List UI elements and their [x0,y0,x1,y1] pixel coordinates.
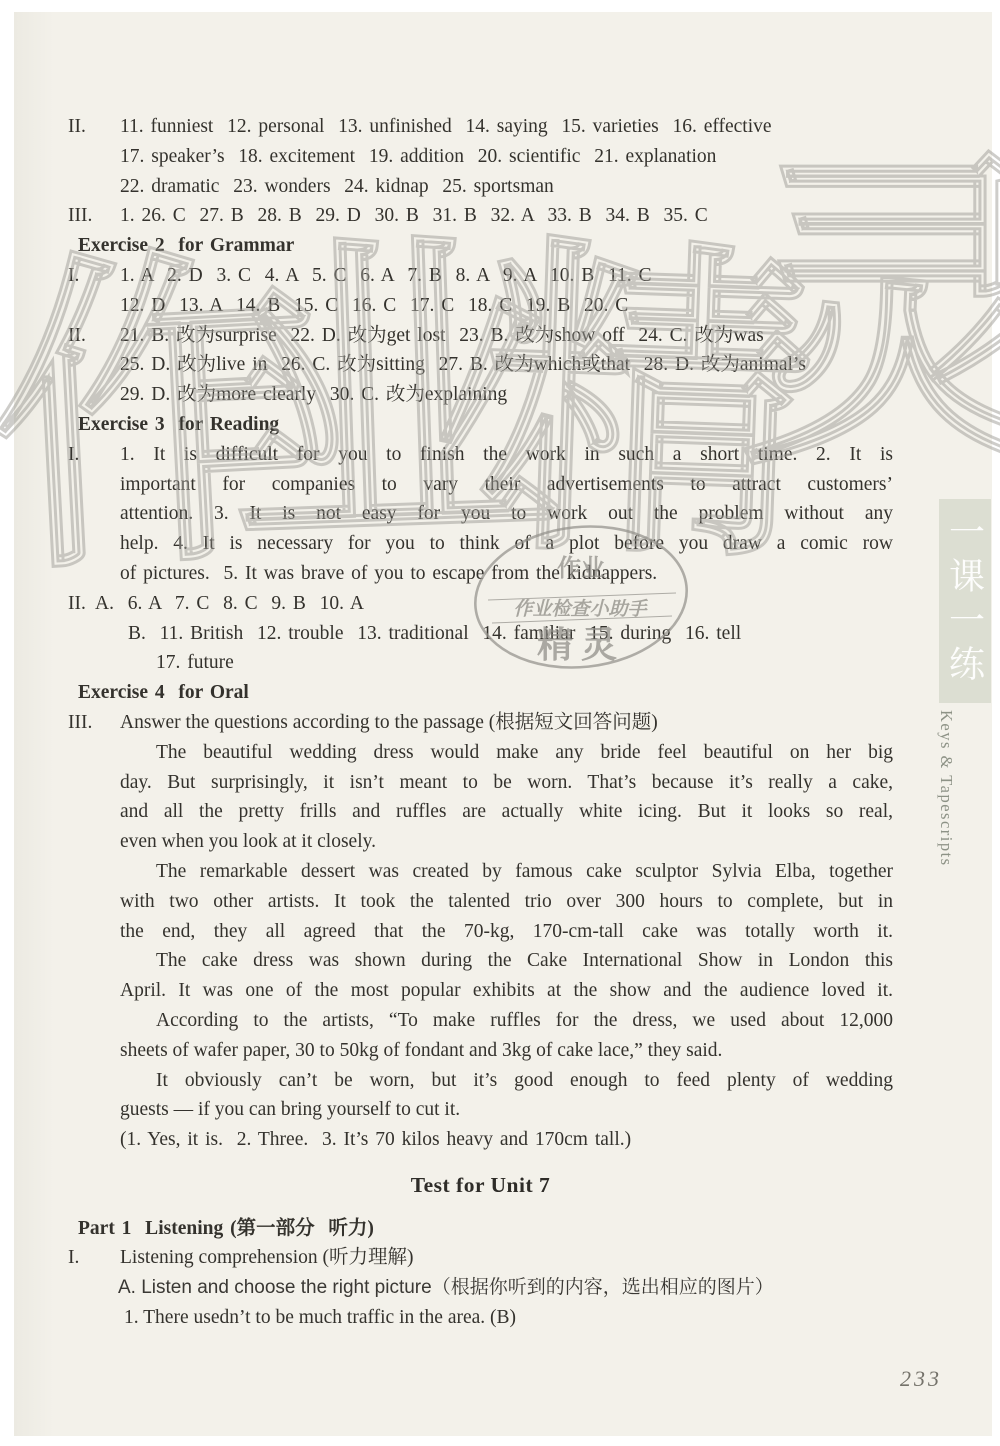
exercise-2-heading: Exercise 2 for Grammar [78,231,893,261]
text-line: B. 11. British 12. trouble 13. tradition… [128,619,893,649]
text-line: The remarkable dessert was created by fa… [120,857,893,887]
text-line: sheets of wafer paper, 30 to 50kg of fon… [120,1036,893,1066]
text-line: The cake dress was shown during the Cake… [120,946,893,976]
text-line: A. Listen and choose the right picture（根… [118,1273,893,1303]
list-marker: I. [68,440,79,470]
page-number: 233 [900,1366,942,1392]
text-line: 12. D 13. A 14. B 15. C 16. C 17. C 18. … [120,291,893,321]
exercise-4-heading: Exercise 4 for Oral [78,678,893,708]
text-line: Listening comprehension (听力理解)I. [120,1243,893,1273]
text-line: 1. There usedn’t to be much traffic in t… [124,1303,893,1333]
scanned-workbook-page: { "page": { "background": "#f3f1ea", "pa… [0,0,1000,1446]
text-line: day. But surprisingly, it isn’t meant to… [120,768,893,798]
side-tab-label: 一课一练 [940,513,991,689]
text-line: Answer the questions according to the pa… [120,708,893,738]
text-line: The beautiful wedding dress would make a… [120,738,893,768]
text-line: According to the artists, “To make ruffl… [120,1006,893,1036]
paper-left-shade [14,12,54,1436]
text-line: It obviously can’t be worn, but it’s goo… [120,1066,893,1096]
text-line: important for companies to vary their ad… [120,470,893,500]
text-line: 17. future [156,648,893,678]
list-marker: II. [68,112,86,142]
text-line: 1. 26. C 27. B 28. B 29. D 30. B 31. B 3… [120,201,893,231]
text-line: and all the pretty frills and ruffles ar… [120,797,893,827]
list-marker: III. [68,201,92,231]
list-marker: III. [68,708,92,738]
text-line: of pictures. 5. It was brave of you to e… [120,559,893,589]
text-line: even when you look at it closely. [120,827,893,857]
test-unit-7-heading: Test for Unit 7 [68,1171,893,1201]
text-line: 29. D. 改为more clearly 30. C. 改为explainin… [120,380,893,410]
part-1-heading: Part 1 Listening (第一部分 听力) [78,1214,893,1244]
text-line: 25. D. 改为live in 26. C. 改为sitting 27. B.… [120,350,893,380]
side-tab-caption: Keys & Tapescripts [936,710,956,930]
text-line: A. 6. A 7. C 8. C 9. B 10. AII. [95,589,893,619]
text-line: 17. speaker’s 18. excitement 19. additio… [120,142,893,172]
list-marker: I. [68,1243,79,1273]
text-line: help. 4. It is necessary for you to thin… [120,529,893,559]
exercise-3-heading: Exercise 3 for Reading [78,410,893,440]
text-line: 1. A 2. D 3. C 4. A 5. C 6. A 7. B 8. A … [120,261,893,291]
list-marker: II. [68,321,86,351]
side-tab: 一课一练 [939,499,991,703]
text-line: 1. It is difficult for you to finish the… [120,440,893,470]
text-line: attention. 3. It is not easy for you to … [120,499,893,529]
text-line: 11. funniest 12. personal 13. unfinished… [120,112,893,142]
text-line: guests — if you can bring yourself to cu… [120,1095,893,1125]
text-line: April. It was one of the most popular ex… [120,976,893,1006]
content-lines: 11. funniest 12. personal 13. unfinished… [68,112,893,1333]
list-marker: I. [68,261,79,291]
text-line: with two other artists. It took the tale… [120,887,893,917]
text-line: 21. B. 改为surprise 22. D. 改为get lost 23. … [120,321,893,351]
text-line: the end, they all agreed that the 70-kg,… [120,917,893,947]
text-line: 22. dramatic 23. wonders 24. kidnap 25. … [120,172,893,202]
text-line: (1. Yes, it is. 2. Three. 3. It’s 70 kil… [120,1125,893,1155]
list-marker: II. [68,589,86,619]
